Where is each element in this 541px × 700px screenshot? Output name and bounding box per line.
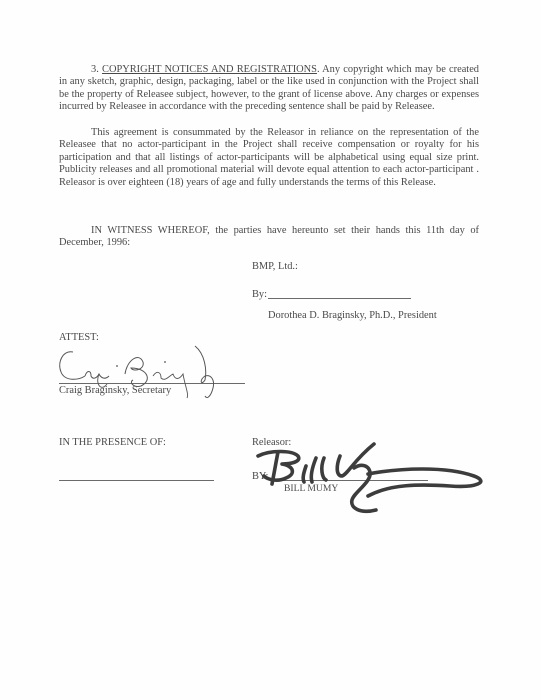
attest-signature xyxy=(55,340,225,400)
presence-label: IN THE PRESENCE OF: xyxy=(59,437,166,449)
company-signature-line xyxy=(268,298,411,299)
releasor-signature xyxy=(250,440,500,520)
company-name: BMP, Ltd.: xyxy=(252,261,298,273)
company-signer: Dorothea D. Braginsky, Ph.D., President xyxy=(268,310,437,322)
witness-paragraph: IN WITNESS WHEREOF, the parties have her… xyxy=(59,225,479,250)
section-3-paragraph: 3. COPYRIGHT NOTICES AND REGISTRATIONS. … xyxy=(59,64,479,114)
section-heading: COPYRIGHT NOTICES AND REGISTRATIONS xyxy=(102,64,317,75)
presence-signature-line xyxy=(59,480,214,481)
consummation-paragraph: This agreement is consummated by the Rel… xyxy=(59,127,479,189)
company-by-label: By: xyxy=(252,289,267,301)
section-number: 3. xyxy=(91,64,99,75)
